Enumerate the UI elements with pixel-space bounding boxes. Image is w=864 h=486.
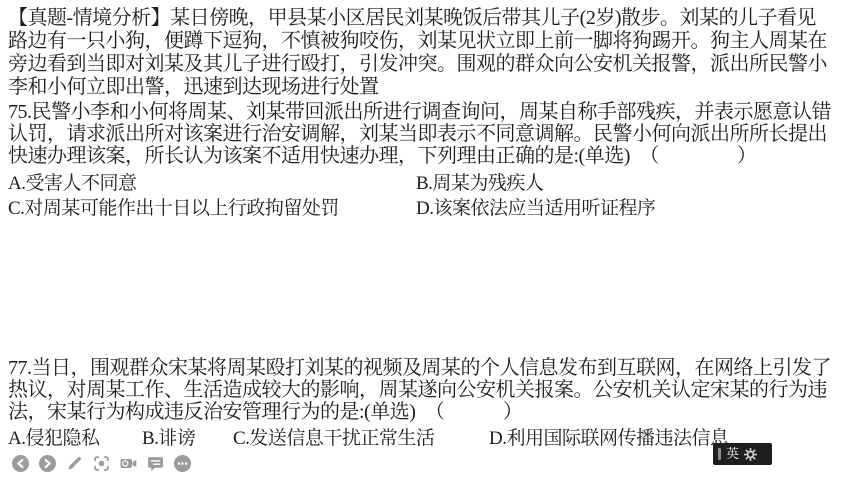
question-75-option-a: A.受害人不同意 xyxy=(8,173,136,195)
intro-line-3: 旁边看到当即对刘某及其儿子进行殴打，引发冲突。围观的群众向公安机关报警，派出所民… xyxy=(8,53,827,75)
laser-pointer-icon[interactable] xyxy=(93,455,110,472)
question-77-option-a: A.侵犯隐私 xyxy=(8,428,99,450)
question-75-option-b: B.周某为残疾人 xyxy=(416,173,543,195)
gear-icon[interactable] xyxy=(744,448,757,461)
ime-language-label[interactable]: 英 xyxy=(726,443,739,465)
intro-line-1: 【真题-情境分析】某日傍晚，甲县某小区居民刘某晚饭后带其儿子(2岁)散步。刘某的… xyxy=(8,7,816,29)
slide-page: 【真题-情境分析】某日傍晚，甲县某小区居民刘某晚饭后带其儿子(2岁)散步。刘某的… xyxy=(0,0,864,486)
question-75-option-d: D.该案依法应当适用听证程序 xyxy=(416,198,655,220)
intro-line-2: 路边有一只小狗，便蹲下逗狗，不慎被狗咬伤，刘某见状立即上前一脚将狗踢开。狗主人周… xyxy=(8,30,827,52)
question-75-line-1: 75.民警小李和小何将周某、刘某带回派出所进行调查询问，周某自称手部残疾，并表示… xyxy=(8,101,831,123)
previous-icon[interactable] xyxy=(12,455,29,472)
question-75-option-c: C.对周某可能作出十日以上行政拘留处罚 xyxy=(8,198,339,220)
question-77-line-3: 法，宋某行为构成违反治安管理行为的是:(单选) （ ） xyxy=(8,401,522,423)
question-77-line-2: 热议，对周某工作、生活造成较大的影响，周某遂向公安机关报案。公安机关认定宋某的行… xyxy=(8,379,827,401)
next-icon[interactable] xyxy=(39,455,56,472)
presentation-toolbar xyxy=(12,454,191,472)
question-77-option-c: C.发送信息干扰正常生活 xyxy=(233,428,434,450)
video-camera-icon[interactable] xyxy=(120,455,137,472)
question-75-line-3: 快速办理该案，所长认为该案不适用快速办理，下列理由正确的是:(单选) （ ） xyxy=(8,145,756,167)
question-77-option-d: D.利用国际联网传播违法信息 xyxy=(489,428,728,450)
intro-line-4: 李和小何立即出警，迅速到达现场进行处置 xyxy=(8,76,379,98)
question-75-line-2: 认罚，请求派出所对该案进行治安调解，刘某当即表示不同意调解。民警小何向派出所所长… xyxy=(8,123,827,145)
ime-drag-handle[interactable] xyxy=(718,448,721,460)
question-77-line-1: 77.当日，围观群众宋某将周某殴打刘某的视频及周某的个人信息发布到互联网，在网络… xyxy=(8,357,831,379)
comment-icon[interactable] xyxy=(147,455,164,472)
more-icon[interactable] xyxy=(174,455,191,472)
question-77-option-b: B.诽谤 xyxy=(142,428,195,450)
pen-icon[interactable] xyxy=(66,455,83,472)
ime-language-bar[interactable]: 英 xyxy=(713,443,772,465)
